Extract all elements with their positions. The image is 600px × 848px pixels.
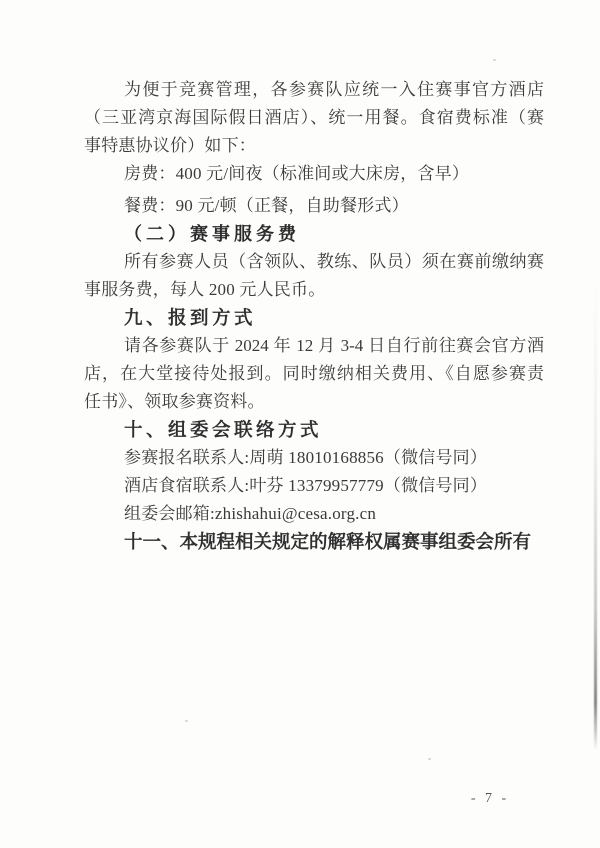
text-line: 任书》、领取参赛资料。: [84, 388, 544, 416]
document-body: 为便于竞赛管理，各参赛队应统一入住赛事官方酒店（三亚湾京海国际假日酒店）、统一用…: [84, 76, 544, 556]
section-heading: 十一、本规程相关规定的解释权属赛事组委会所有: [84, 528, 544, 556]
section-heading: 九、报到方式: [84, 304, 544, 332]
sub-heading: （二）赛事服务费: [84, 220, 544, 248]
scan-speck: [428, 758, 431, 760]
text-line: 餐费：90 元/顿（正餐，自助餐形式）: [84, 192, 544, 220]
page-number: - 7 -: [458, 791, 522, 807]
text-line: 请各参赛队于 2024 年 12 月 3-4 日自行前往赛会官方酒: [84, 332, 544, 360]
text-line: 房费：400 元/间夜（标准间或大床房，含早）: [84, 160, 544, 188]
scan-speck: [493, 59, 496, 61]
text-line: 参赛报名联系人:周萌 18010168856（微信号同）: [84, 444, 544, 472]
section-heading: 十、组委会联络方式: [84, 416, 544, 444]
text-line: （三亚湾京海国际假日酒店）、统一用餐。食宿费标准（赛: [84, 104, 544, 132]
text-line: 组委会邮箱:zhishahui@cesa.org.cn: [84, 500, 544, 528]
text-line: 为便于竞赛管理，各参赛队应统一入住赛事官方酒店: [84, 76, 544, 104]
text-line: 事服务费，每人 200 元人民币。: [84, 276, 544, 304]
text-line: 店，在大堂接待处报到。同时缴纳相关费用、《自愿参赛责: [84, 360, 544, 388]
text-line: 所有参赛人员（含领队、教练、队员）须在赛前缴纳赛: [84, 248, 544, 276]
text-line: 事特惠协议价）如下：: [84, 132, 544, 160]
scan-speck: [185, 720, 188, 722]
text-line: 酒店食宿联系人:叶芬 13379957779（微信号同）: [84, 472, 544, 500]
scan-edge-shadow: [594, 280, 597, 750]
document-page: 为便于竞赛管理，各参赛队应统一入住赛事官方酒店（三亚湾京海国际假日酒店）、统一用…: [0, 0, 600, 848]
